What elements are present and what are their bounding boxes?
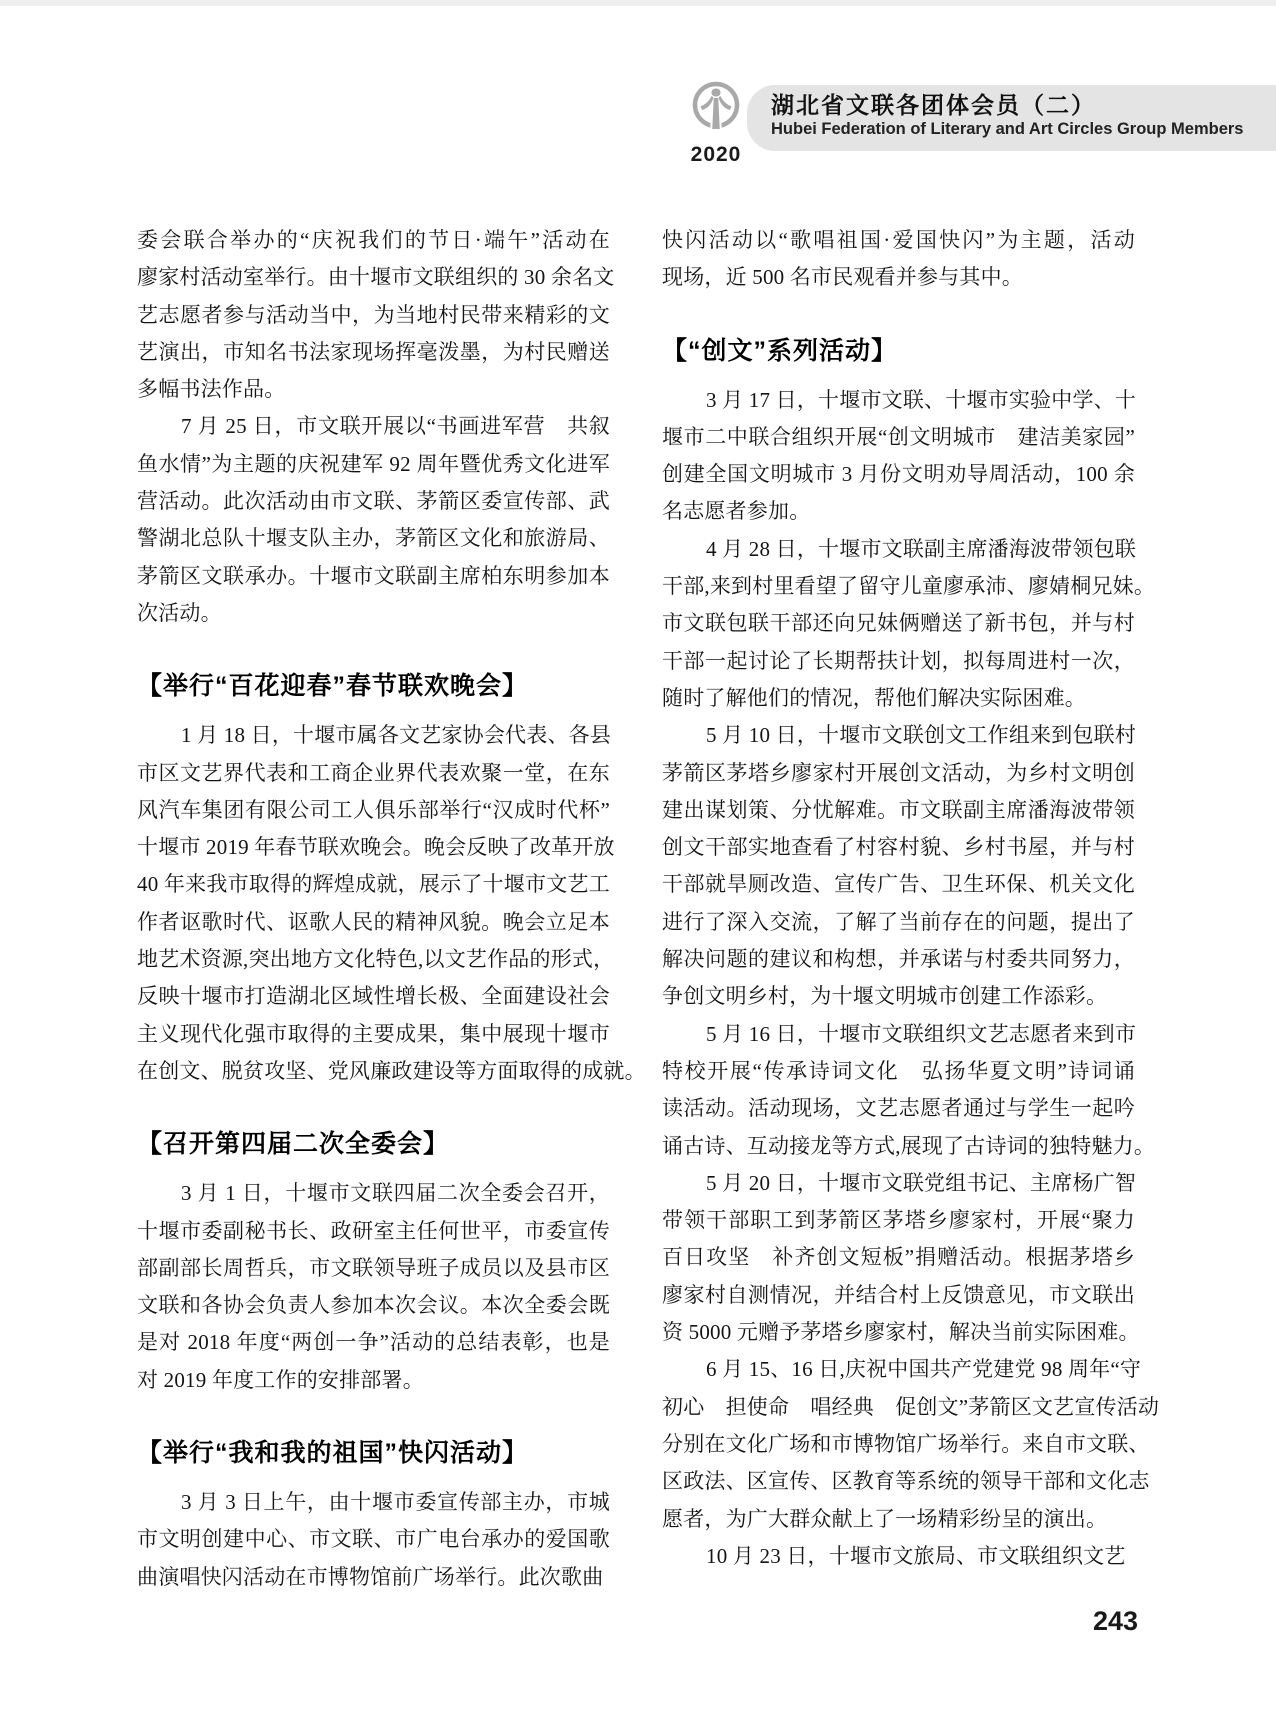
text-line: 主义现代化强市取得的主要成果，集中展现十堰市	[137, 1016, 610, 1053]
text-line: 干部一起讨论了长期帮扶计划，拟每周进村一次，	[662, 643, 1135, 680]
text-line: 现场，近 500 名市民观看并参与其中。	[662, 259, 1135, 296]
text-line: 进行了深入交流，了解了当前存在的问题，提出了	[662, 904, 1135, 941]
paragraph: 1 月 18 日，十堰市属各文艺家协会代表、各县市区文艺界代表和工商企业界代表欢…	[137, 717, 610, 1090]
paragraph: 快闪活动以“歌唱祖国·爱国快闪”为主题，活动现场，近 500 名市民观看并参与其…	[662, 222, 1135, 297]
right-column: 快闪活动以“歌唱祖国·爱国快闪”为主题，活动现场，近 500 名市民观看并参与其…	[662, 222, 1135, 1575]
text-line: 干部,来到村里看望了留守儿童廖承沛、廖婧桐兄妹。	[662, 568, 1135, 605]
text-line: 读活动。活动现场，文艺志愿者通过与学生一起吟	[662, 1090, 1135, 1127]
text-line: 堰市二中联合组织开展“创文明城市 建洁美家园”	[662, 419, 1135, 456]
text-line: 建出谋划策、分忧解难。市文联副主席潘海波带领	[662, 792, 1135, 829]
text-line: 十堰市 2019 年春节联欢晚会。晚会反映了改革开放	[137, 829, 610, 866]
text-line: 创建全国文明城市 3 月份文明劝导周活动，100 余	[662, 456, 1135, 493]
left-column: 委会联合举办的“庆祝我们的节日·端午”活动在廖家村活动室举行。由十堰市文联组织的…	[137, 222, 610, 1596]
text-line: 风汽车集团有限公司工人俱乐部举行“汉成时代杯”	[137, 792, 610, 829]
text-line: 反映十堰市打造湖北区域性增长极、全面建设社会	[137, 978, 610, 1015]
section-heading: 【召开第四届二次全委会】	[137, 1124, 610, 1164]
text-line: 对 2019 年度工作的安排部署。	[137, 1362, 610, 1399]
text-line: 5 月 16 日，十堰市文联组织文艺志愿者来到市	[662, 1016, 1135, 1053]
paragraph: 5 月 16 日，十堰市文联组织文艺志愿者来到市特校开展“传承诗词文化 弘扬华夏…	[662, 1016, 1135, 1165]
text-line: 曲演唱快闪活动在市博物馆前广场举行。此次歌曲	[137, 1559, 610, 1596]
text-line: 十堰市委副秘书长、政研室主任何世平，市委宣传	[137, 1213, 610, 1250]
page-title-cn: 湖北省文联各团体会员（二）	[771, 85, 1276, 118]
text-line: 在创文、脱贫攻坚、党风廉政建设等方面取得的成就。	[137, 1053, 610, 1090]
text-line: 10 月 23 日，十堰市文旅局、市文联组织文艺	[662, 1538, 1135, 1575]
page-top-edge	[0, 0, 1276, 6]
paragraph: 10 月 23 日，十堰市文旅局、市文联组织文艺	[662, 1538, 1135, 1575]
logo-year: 2020	[686, 143, 746, 167]
paragraph: 4 月 28 日，十堰市文联副主席潘海波带领包联干部,来到村里看望了留守儿童廖承…	[662, 531, 1135, 717]
text-line: 茅箭区茅塔乡廖家村开展创文活动，为乡村文明创	[662, 755, 1135, 792]
section-heading: 【“创文”系列活动】	[662, 331, 1135, 371]
page-number: 243	[1093, 1606, 1138, 1637]
text-line: 争创文明乡村，为十堰文明城市创建工作添彩。	[662, 978, 1135, 1015]
text-line: 诵古诗、互动接龙等方式,展现了古诗词的独特魅力。	[662, 1128, 1135, 1165]
text-line: 解决问题的建议和构想，并承诺与村委共同努力，	[662, 941, 1135, 978]
text-line: 营活动。此次活动由市文联、茅箭区委宣传部、武	[137, 483, 610, 520]
page-header-banner: 湖北省文联各团体会员（二） Hubei Federation of Litera…	[747, 85, 1276, 151]
text-line: 随时了解他们的情况，帮他们解决实际困难。	[662, 680, 1135, 717]
text-line: 市文联包联干部还向兄妹俩赠送了新书包，并与村	[662, 605, 1135, 642]
text-line: 鱼水情”为主题的庆祝建军 92 周年暨优秀文化进军	[137, 446, 610, 483]
text-line: 初心 担使命 唱经典 促创文”茅箭区文艺宣传活动	[662, 1389, 1135, 1426]
text-line: 艺志愿者参与活动当中，为当地村民带来精彩的文	[137, 297, 610, 334]
text-line: 创文干部实地查看了村容村貌、乡村书屋，并与村	[662, 829, 1135, 866]
paragraph: 7 月 25 日，市文联开展以“书画进军营 共叙鱼水情”为主题的庆祝建军 92 …	[137, 408, 610, 632]
text-line: 市区文艺界代表和工商企业界代表欢聚一堂，在东	[137, 755, 610, 792]
page-title-en: Hubei Federation of Literary and Art Cir…	[771, 118, 1276, 140]
text-line: 5 月 10 日，十堰市文联创文工作组来到包联村	[662, 717, 1135, 754]
paragraph: 6 月 15、16 日,庆祝中国共产党建党 98 周年“守初心 担使命 唱经典 …	[662, 1351, 1135, 1537]
paragraph: 5 月 10 日，十堰市文联创文工作组来到包联村茅箭区茅塔乡廖家村开展创文活动，…	[662, 717, 1135, 1015]
text-line: 市文明创建中心、市文联、市广电台承办的爱国歌	[137, 1521, 610, 1558]
text-line: 1 月 18 日，十堰市属各文艺家协会代表、各县	[137, 717, 610, 754]
text-line: 次活动。	[137, 595, 610, 632]
text-line: 7 月 25 日，市文联开展以“书画进军营 共叙	[137, 408, 610, 445]
text-line: 地艺术资源,突出地方文化特色,以文艺作品的形式，	[137, 941, 610, 978]
text-line: 分别在文化广场和市博物馆广场举行。来自市文联、	[662, 1426, 1135, 1463]
text-line: 3 月 17 日，十堰市文联、十堰市实验中学、十	[662, 382, 1135, 419]
paragraph: 3 月 1 日，十堰市文联四届二次全委会召开，十堰市委副秘书长、政研室主任何世平…	[137, 1175, 610, 1399]
text-line: 3 月 1 日，十堰市文联四届二次全委会召开，	[137, 1175, 610, 1212]
paragraph: 3 月 17 日，十堰市文联、十堰市实验中学、十堰市二中联合组织开展“创文明城市…	[662, 382, 1135, 531]
text-line: 6 月 15、16 日,庆祝中国共产党建党 98 周年“守	[662, 1351, 1135, 1388]
text-line: 5 月 20 日，十堰市文联党组书记、主席杨广智	[662, 1165, 1135, 1202]
text-line: 是对 2018 年度“两创一争”活动的总结表彰，也是	[137, 1324, 610, 1361]
section-heading: 【举行“百花迎春”春节联欢晚会】	[137, 666, 610, 706]
text-line: 廖家村活动室举行。由十堰市文联组织的 30 余名文	[137, 259, 610, 296]
text-line: 茅箭区文联承办。十堰市文联副主席柏东明参加本	[137, 558, 610, 595]
yearbook-page: 2020 湖北省文联各团体会员（二） Hubei Federation of L…	[0, 0, 1276, 1719]
paragraph: 5 月 20 日，十堰市文联党组书记、主席杨广智带领干部职工到茅箭区茅塔乡廖家村…	[662, 1165, 1135, 1351]
logo-block: 2020	[686, 80, 746, 167]
section-heading: 【举行“我和我的祖国”快闪活动】	[137, 1433, 610, 1473]
text-line: 艺演出，市知名书法家现场挥毫泼墨，为村民赠送	[137, 334, 610, 371]
text-line: 干部就旱厕改造、宣传广告、卫生环保、机关文化	[662, 866, 1135, 903]
text-line: 名志愿者参加。	[662, 493, 1135, 530]
paragraph: 委会联合举办的“庆祝我们的节日·端午”活动在廖家村活动室举行。由十堰市文联组织的…	[137, 222, 610, 408]
federation-emblem-icon	[690, 80, 742, 136]
text-line: 快闪活动以“歌唱祖国·爱国快闪”为主题，活动	[662, 222, 1135, 259]
text-line: 百日攻坚 补齐创文短板”捐赠活动。根据茅塔乡	[662, 1239, 1135, 1276]
text-line: 区政法、区宣传、区教育等系统的领导干部和文化志	[662, 1463, 1135, 1500]
text-line: 委会联合举办的“庆祝我们的节日·端午”活动在	[137, 222, 610, 259]
text-line: 部副部长周哲兵，市文联领导班子成员以及县市区	[137, 1250, 610, 1287]
paragraph: 3 月 3 日上午，由十堰市委宣传部主办，市城市文明创建中心、市文联、市广电台承…	[137, 1484, 610, 1596]
text-line: 作者讴歌时代、讴歌人民的精神风貌。晚会立足本	[137, 904, 610, 941]
text-line: 3 月 3 日上午，由十堰市委宣传部主办，市城	[137, 1484, 610, 1521]
text-line: 廖家村自测情况，并结合村上反馈意见，市文联出	[662, 1277, 1135, 1314]
text-line: 4 月 28 日，十堰市文联副主席潘海波带领包联	[662, 531, 1135, 568]
text-line: 40 年来我市取得的辉煌成就，展示了十堰市文艺工	[137, 866, 610, 903]
text-line: 带领干部职工到茅箭区茅塔乡廖家村，开展“聚力	[662, 1202, 1135, 1239]
text-line: 警湖北总队十堰支队主办，茅箭区文化和旅游局、	[137, 520, 610, 557]
text-line: 愿者，为广大群众献上了一场精彩纷呈的演出。	[662, 1501, 1135, 1538]
text-line: 资 5000 元赠予茅塔乡廖家村，解决当前实际困难。	[662, 1314, 1135, 1351]
text-line: 文联和各协会负责人参加本次会议。本次全委会既	[137, 1287, 610, 1324]
text-line: 多幅书法作品。	[137, 371, 610, 408]
text-line: 特校开展“传承诗词文化 弘扬华夏文明”诗词诵	[662, 1053, 1135, 1090]
